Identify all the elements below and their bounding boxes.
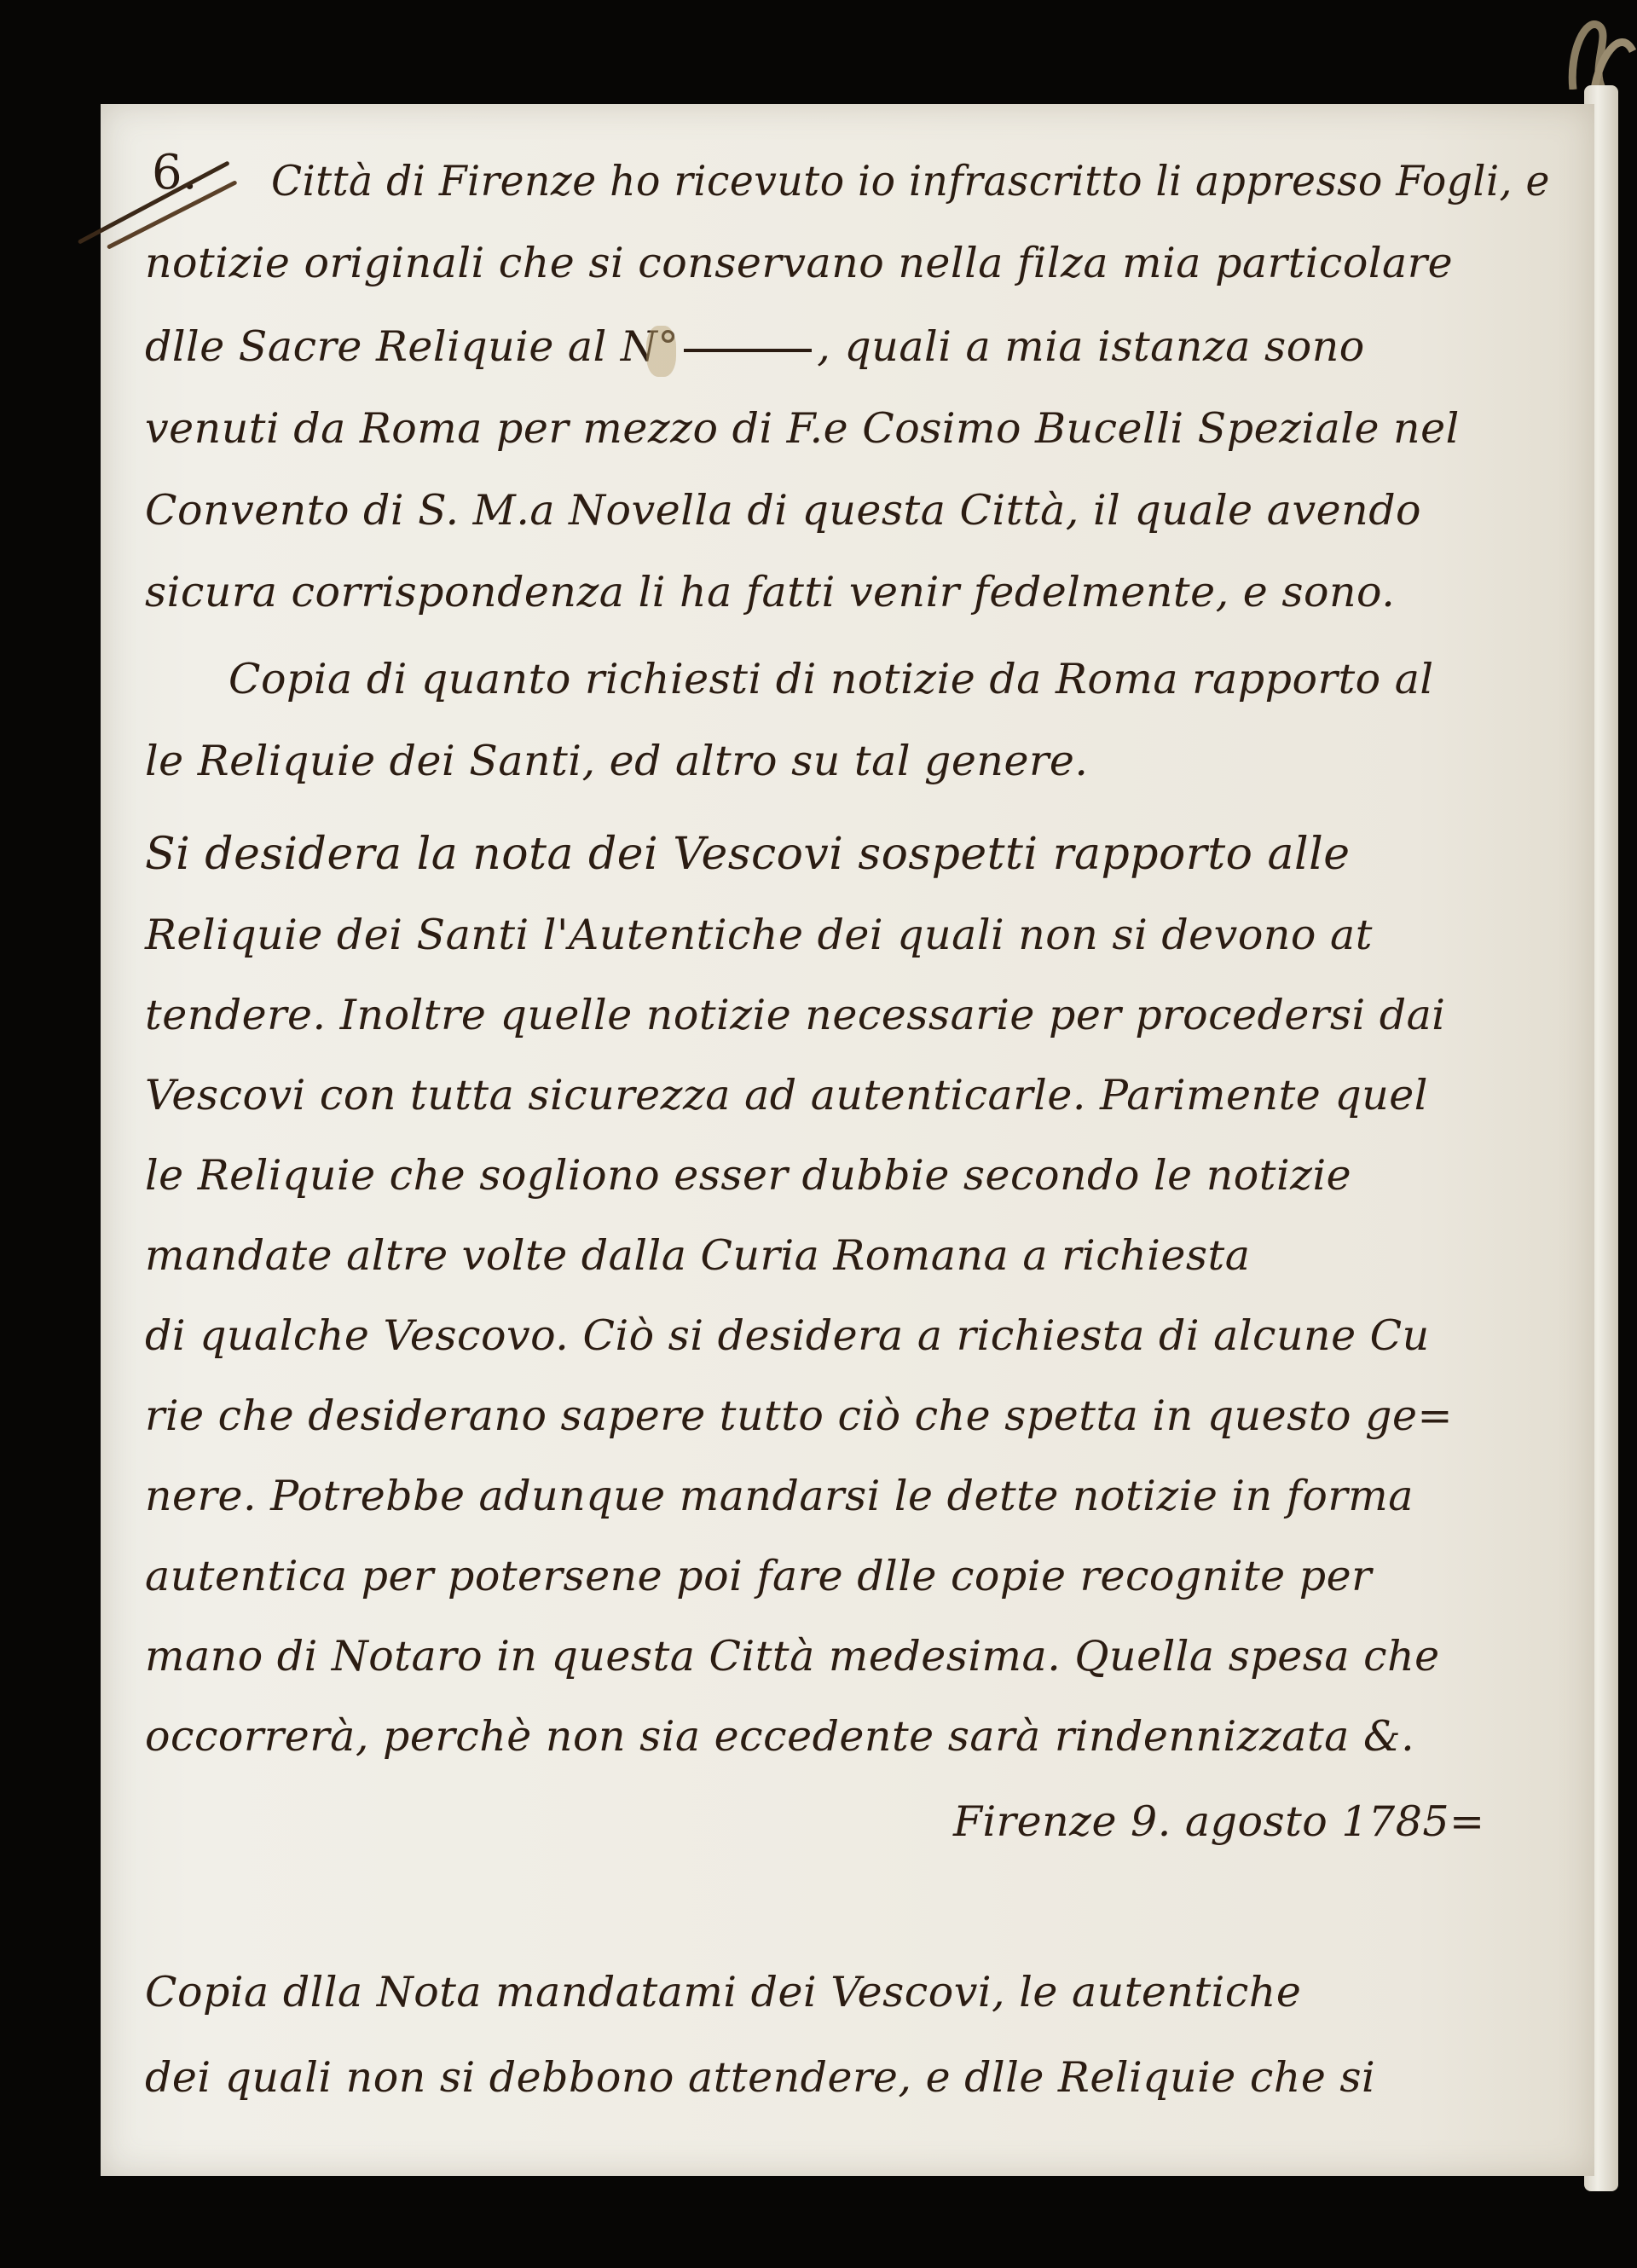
text-line: Città di Firenze ho ricevuto io infrascr… bbox=[271, 157, 1550, 205]
text-line: di qualche Vescovo. Ciò si desidera a ri… bbox=[145, 1311, 1430, 1360]
dateline: Firenze 9. agosto 1785= bbox=[953, 1797, 1485, 1846]
text-fragment: , quali a mia istanza sono bbox=[817, 322, 1365, 371]
text-line: le Reliquie che sogliono esser dubbie se… bbox=[145, 1151, 1351, 1200]
binding-string bbox=[1552, 0, 1637, 90]
text-line: Copia di quanto richiesti di notizie da … bbox=[228, 655, 1434, 703]
text-line: rie che desiderano sapere tutto ciò che … bbox=[145, 1391, 1453, 1440]
text-line: Reliquie dei Santi l'Autentiche dei qual… bbox=[145, 911, 1373, 959]
text-line: sicura corrispondenza li ha fatti venir … bbox=[145, 568, 1395, 616]
ink-stain bbox=[646, 326, 676, 377]
text-line: tendere. Inoltre quelle notizie necessar… bbox=[145, 991, 1445, 1039]
text-line: Convento di S. M.a Novella di questa Cit… bbox=[145, 486, 1421, 535]
text-line: autentica per potersene poi fare dlle co… bbox=[145, 1552, 1372, 1600]
text-line-with-blank: dlle Sacre Reliquie al N°, quali a mia i… bbox=[145, 322, 1365, 371]
text-line: venuti da Roma per mezzo di F.e Cosimo B… bbox=[145, 404, 1460, 453]
text-line: dei quali non si debbono attendere, e dl… bbox=[145, 2053, 1375, 2102]
blank-number-rule bbox=[684, 349, 812, 352]
manuscript-text: 6. Città di Firenze ho ricevuto io infra… bbox=[101, 104, 1594, 2176]
text-line: Copia dlla Nota mandatami dei Vescovi, l… bbox=[145, 1968, 1301, 2016]
text-fragment: dlle Sacre Reliquie al N° bbox=[145, 322, 679, 371]
text-line: mano di Notaro in questa Città medesima.… bbox=[145, 1632, 1440, 1681]
manuscript-page: 6. Città di Firenze ho ricevuto io infra… bbox=[101, 104, 1594, 2176]
text-line: mandate altre volte dalla Curia Romana a… bbox=[145, 1231, 1250, 1280]
text-line: nere. Potrebbe adunque mandarsi le dette… bbox=[145, 1472, 1414, 1520]
text-line: notizie originali che si conservano nell… bbox=[145, 239, 1453, 287]
text-line: Si desidera la nota dei Vescovi sospetti… bbox=[145, 829, 1350, 880]
text-line: Vescovi con tutta sicurezza ad autentica… bbox=[145, 1071, 1428, 1120]
text-line: le Reliquie dei Santi, ed altro su tal g… bbox=[145, 737, 1088, 785]
text-line: occorrerà, perchè non sia eccedente sarà… bbox=[145, 1712, 1414, 1761]
